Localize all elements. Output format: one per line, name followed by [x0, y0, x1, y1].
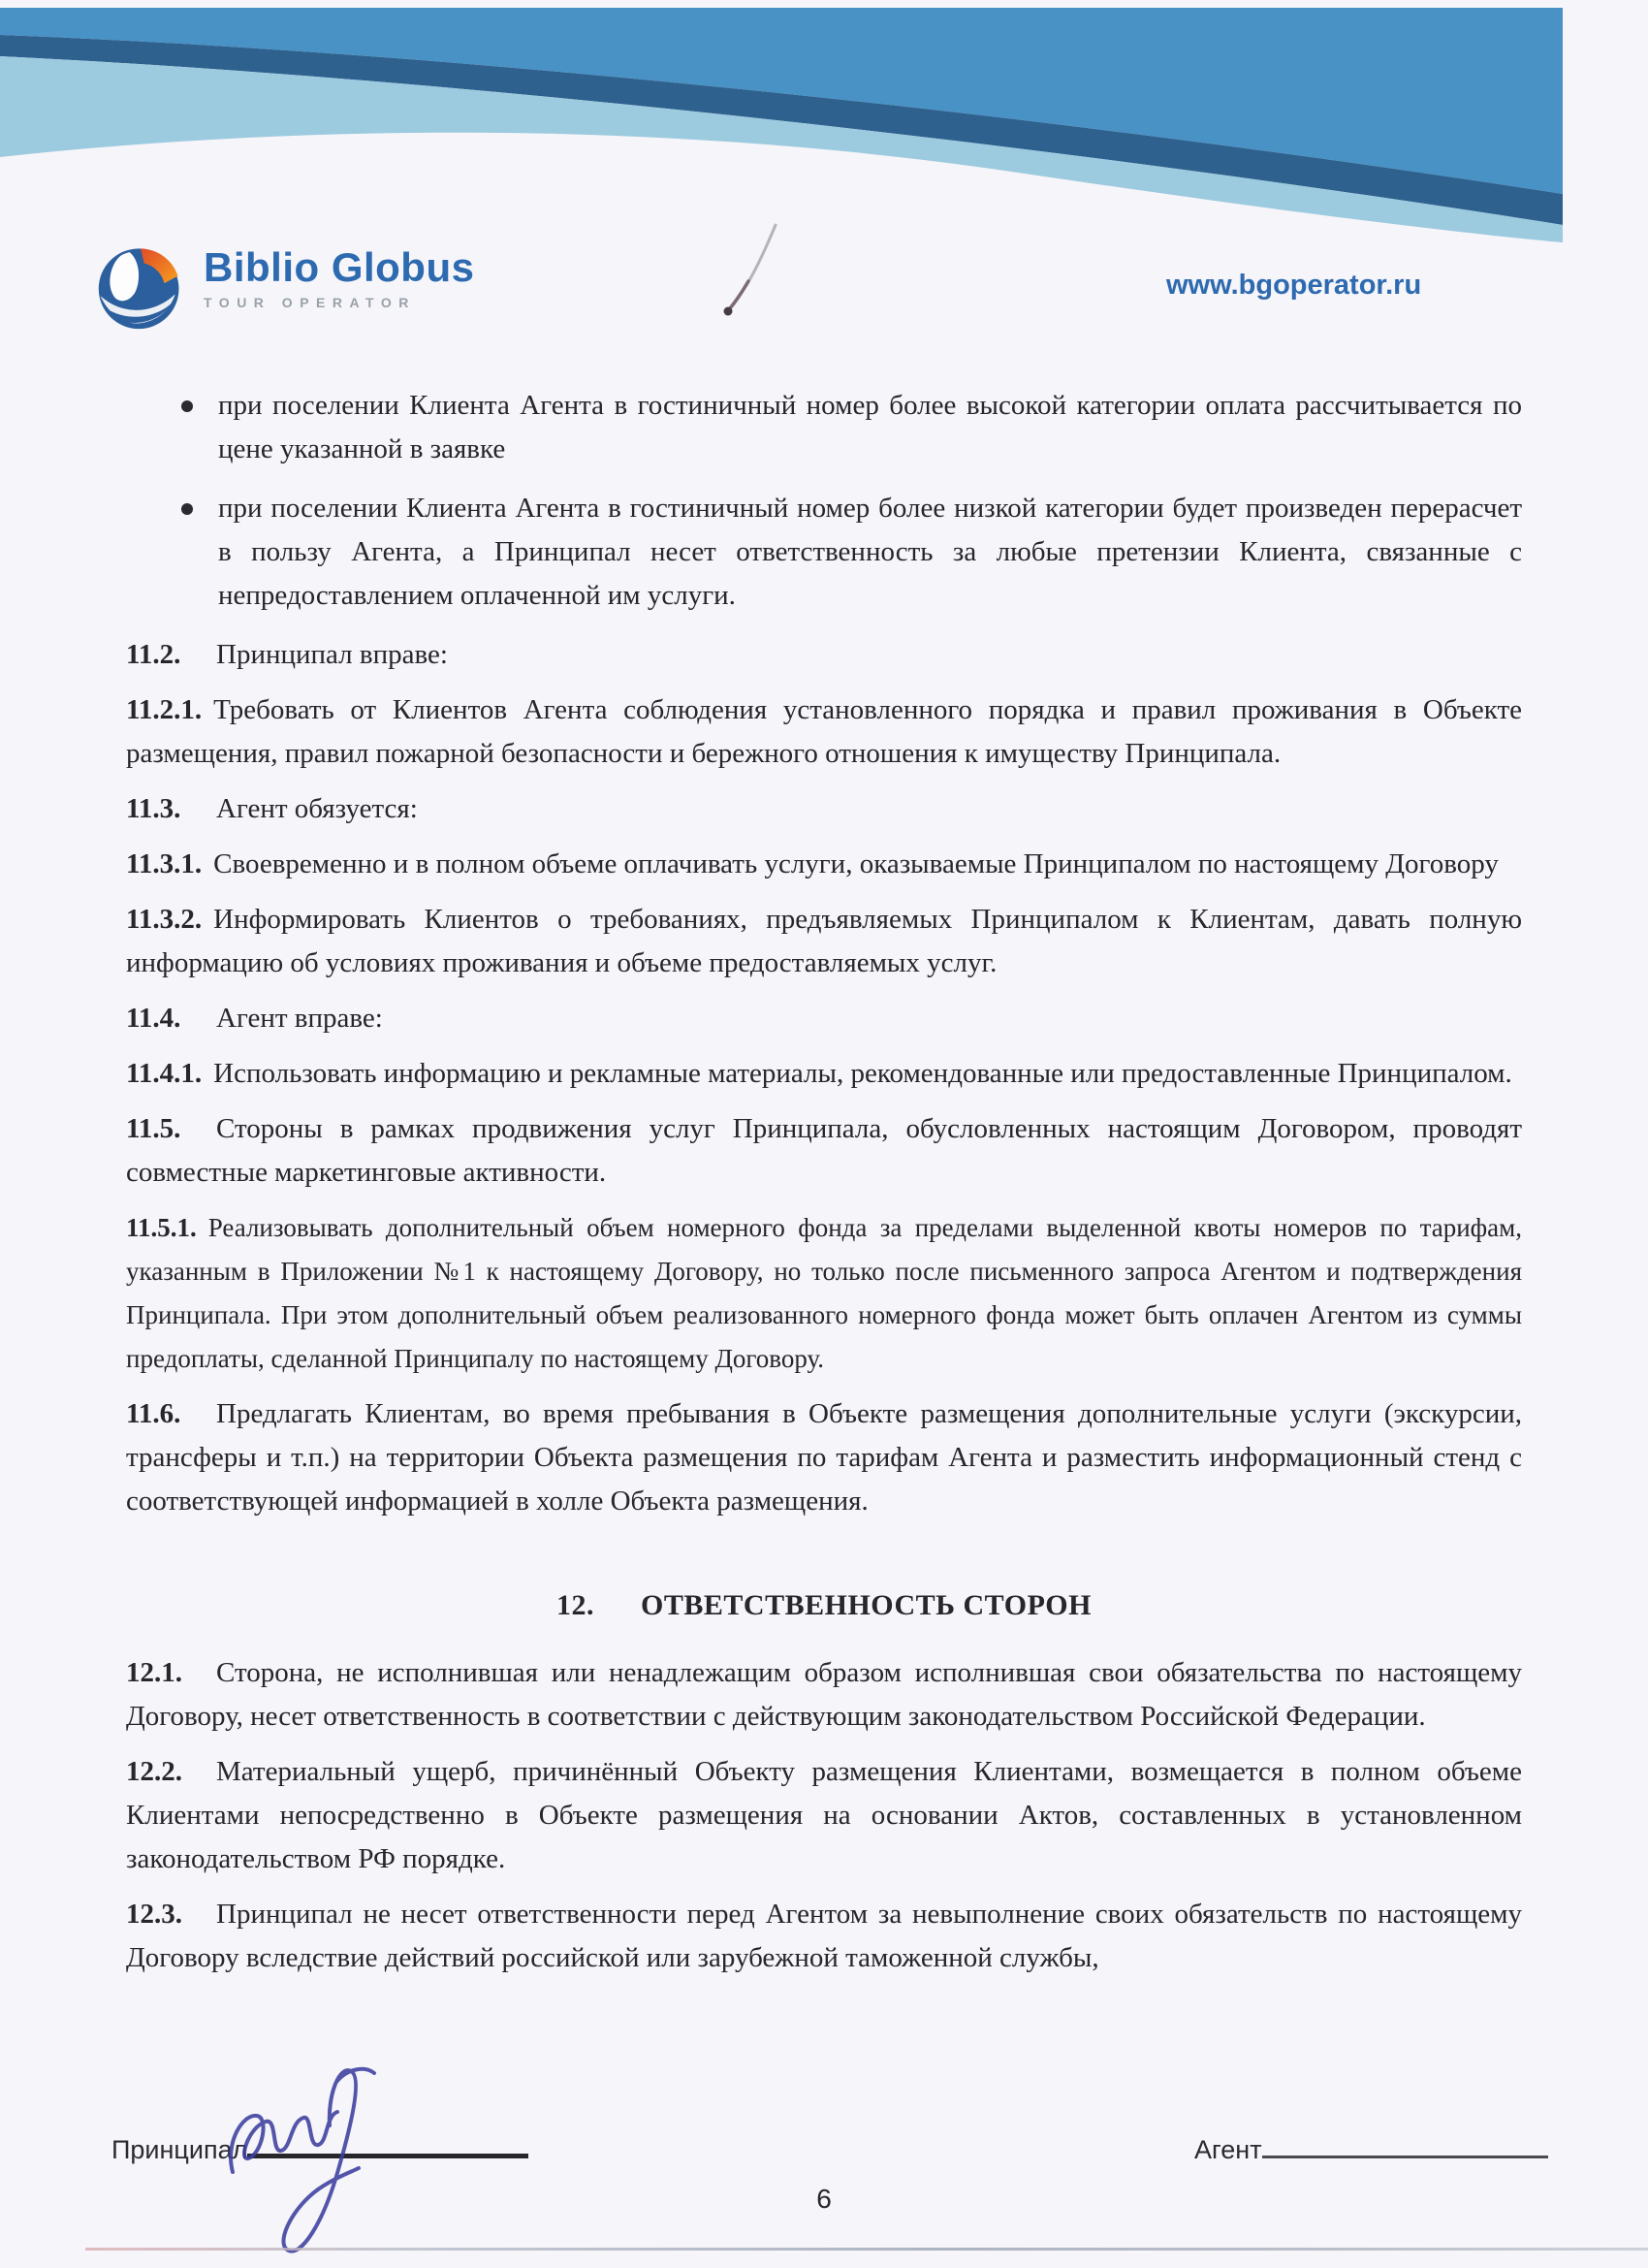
clause-text: Реализовывать дополнительный объем номер…: [126, 1213, 1522, 1373]
clause-12-3: 12.3.Принципал не несет ответственности …: [126, 1893, 1522, 1980]
clause-text: Стороны в рамках продвижения услуг Принц…: [126, 1113, 1522, 1188]
clause-11-4-1: 11.4.1.Использовать информацию и рекламн…: [126, 1052, 1522, 1096]
clause-number: 12.2.: [126, 1750, 216, 1794]
clause-text: Своевременно и в полном объеме оплачиват…: [213, 848, 1499, 879]
handwritten-signature: [204, 2058, 427, 2266]
scan-edge-line: [85, 2248, 1648, 2251]
clause-11-5: 11.5.Стороны в рамках продвижения услуг …: [126, 1107, 1522, 1195]
clause-11-3-1: 11.3.1.Своевременно и в полном объеме оп…: [126, 843, 1522, 886]
clause-number: 11.4.1.: [126, 1058, 202, 1089]
page-number: 6: [0, 2184, 1648, 2215]
clause-text: Агент обязуется:: [216, 793, 418, 824]
clause-text: Принципал вправе:: [216, 639, 448, 670]
clause-12-2: 12.2.Материальный ущерб, причинённый Объ…: [126, 1750, 1522, 1881]
bullet-text: при поселении Клиента Агента в гостиничн…: [218, 493, 1522, 611]
clause-number: 11.3.: [126, 787, 216, 831]
clause-number: 11.4.: [126, 997, 216, 1040]
agent-signature-line: [1262, 2148, 1548, 2158]
section-number: 12.: [556, 1589, 594, 1621]
clause-number: 12.1.: [126, 1651, 216, 1695]
clause-11-3-2: 11.3.2.Информировать Клиентов о требован…: [126, 898, 1522, 985]
bullet-item: при поселении Клиента Агента в гостиничн…: [126, 384, 1522, 471]
clause-text: Принципал не несет ответственности перед…: [126, 1899, 1522, 1973]
clause-text: Предлагать Клиентам, во время пребывания…: [126, 1398, 1522, 1517]
clause-number: 11.3.2.: [126, 904, 202, 935]
agent-signature-block: Агент: [1194, 2135, 1548, 2165]
contract-body: при поселении Клиента Агента в гостиничн…: [0, 0, 1648, 1992]
clause-11-2: 11.2.Принципал вправе:: [126, 633, 1522, 677]
clause-text: Агент вправе:: [216, 1003, 383, 1034]
document-page: Biblio Globus TOUR OPERATOR www.bgoperat…: [0, 0, 1648, 2268]
clause-number: 11.3.1.: [126, 848, 202, 879]
clause-11-5-1: 11.5.1.Реализовывать дополнительный объе…: [126, 1206, 1522, 1381]
bullet-item: при поселении Клиента Агента в гостиничн…: [126, 487, 1522, 618]
clause-11-4: 11.4.Агент вправе:: [126, 997, 1522, 1040]
section-title: ОТВЕТСТВЕННОСТЬ СТОРОН: [641, 1589, 1092, 1621]
clause-number: 11.5.: [126, 1107, 216, 1151]
clause-text: Требовать от Клиентов Агента соблюдения …: [126, 694, 1522, 769]
section-heading: 12.ОТВЕТСТВЕННОСТЬ СТОРОН: [126, 1583, 1522, 1628]
clause-text: Использовать информацию и рекламные мате…: [213, 1058, 1512, 1089]
clause-number: 12.3.: [126, 1893, 216, 1936]
clause-number: 11.2.: [126, 633, 216, 677]
agent-label: Агент: [1194, 2135, 1262, 2164]
clause-number: 11.5.1.: [126, 1213, 197, 1242]
clause-text: Сторона, не исполнившая или ненадлежащим…: [126, 1657, 1522, 1732]
clause-number: 11.6.: [126, 1392, 216, 1436]
clause-11-6: 11.6.Предлагать Клиентам, во время пребы…: [126, 1392, 1522, 1523]
clause-11-2-1: 11.2.1.Требовать от Клиентов Агента собл…: [126, 688, 1522, 776]
clause-12-1: 12.1.Сторона, не исполнившая или ненадле…: [126, 1651, 1522, 1739]
bullet-text: при поселении Клиента Агента в гостиничн…: [218, 390, 1522, 464]
clause-text: Материальный ущерб, причинённый Объекту …: [126, 1756, 1522, 1874]
clause-text: Информировать Клиентов о требованиях, пр…: [126, 904, 1522, 978]
clause-number: 11.2.1.: [126, 694, 202, 725]
clause-11-3: 11.3.Агент обязуется:: [126, 787, 1522, 831]
